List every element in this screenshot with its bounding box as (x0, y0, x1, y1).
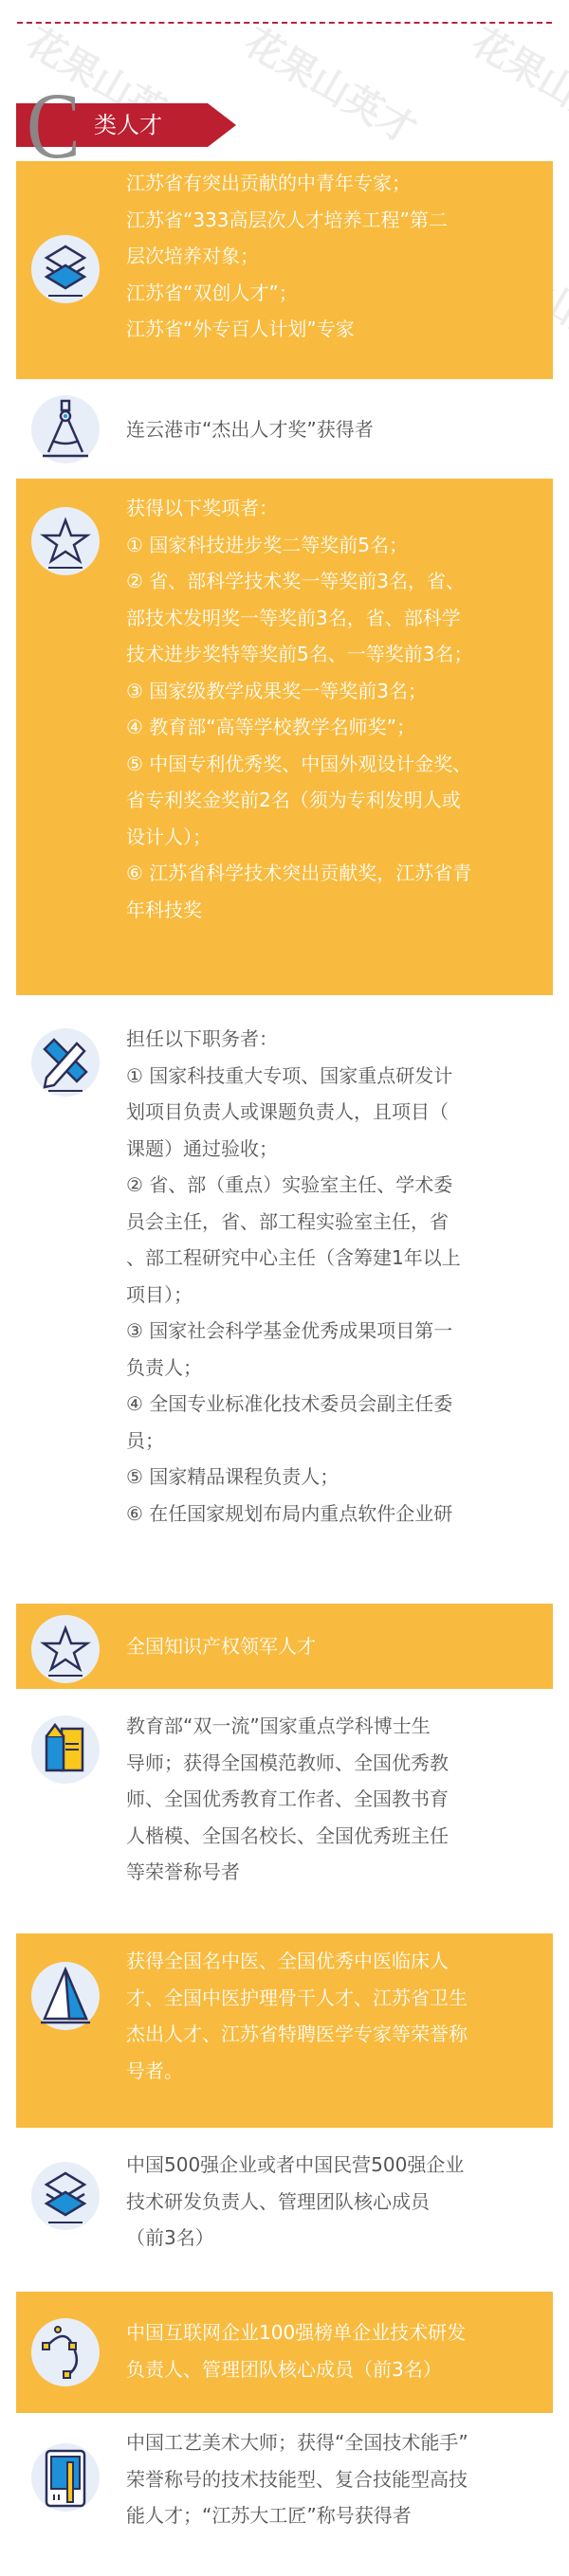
item-line: 等荣誉称号者 (126, 1854, 534, 1891)
item-line: ⑥ 江苏省科学技术突出贡献奖，江苏省青 (126, 855, 534, 892)
talent-item-3: 获得以下奖项者： ① 国家科技进步奖二等奖前5名； ② 省、部科学技术奖一等奖前… (16, 479, 553, 995)
books-icon (31, 1715, 100, 1784)
item-line: 中国互联网企业100强榜单企业技术研发 (126, 2314, 534, 2351)
item-line: 荣誉称号的技术技能型、复合技能型高技 (126, 2461, 534, 2498)
dashed-divider (17, 22, 552, 24)
item-line: 省专利奖金奖前2名（须为专利发明人或 (126, 782, 534, 819)
item-line: ⑤ 中国专利优秀奖、中国外观设计金奖、 (126, 746, 534, 783)
item-line: ④ 教育部“高等学校教学名师奖”； (126, 709, 534, 746)
item-line: 获得以下奖项者： (126, 490, 534, 527)
item-line: 江苏省“双创人才”； (126, 275, 534, 312)
item-line: 层次培养对象； (126, 238, 534, 275)
item-line: 导师；获得全国模范教师、全国优秀教 (126, 1745, 534, 1782)
tablet-pen-icon (31, 2443, 100, 2512)
item-line: ① 国家科技重大专项、国家重点研发计 (126, 1058, 534, 1095)
layers-icon (31, 235, 100, 303)
watermark: 花果山英才 (236, 13, 428, 154)
item-line: 全国知识产权领军人才 (126, 1628, 534, 1665)
item-line: 教育部“双一流”国家重点学科博士生 (126, 1708, 534, 1745)
item-line: 连云港市“杰出人才奖”获得者 (126, 411, 534, 448)
pencil-ruler-icon (31, 1028, 100, 1097)
item-line: 员会主任，省、部工程实验室主任，省 (126, 1204, 534, 1241)
item-line: 杰出人才、江苏省特聘医学专家等荣誉称 (126, 2016, 534, 2053)
pyramid-icon (31, 1962, 100, 2030)
item-line: ① 国家科技进步奖二等奖前5名； (126, 527, 534, 564)
talent-item-7: 获得全国名中医、全国优秀中医临床人 才、全国中医护理骨干人才、江苏省卫生 杰出人… (16, 1933, 553, 2128)
layers-icon (31, 2162, 100, 2230)
category-letter: C (27, 79, 81, 173)
item-line: 能人才；“江苏大工匠”称号获得者 (126, 2497, 534, 2534)
item-line: 设计人）； (126, 819, 534, 856)
item-line: ③ 国家社会科学基金优秀成果项目第一 (126, 1313, 534, 1350)
item-line: 项目）； (126, 1277, 534, 1314)
item-line: 划项目负责人或课题负责人，且项目（ (126, 1094, 534, 1131)
item-line: ③ 国家级教学成果奖一等奖前3名； (126, 673, 534, 710)
talent-item-9: 中国互联网企业100强榜单企业技术研发 负责人、管理团队核心成员（前3名） (16, 2292, 553, 2413)
item-line: 课题）通过验收； (126, 1131, 534, 1168)
talent-item-6: 教育部“双一流”国家重点学科博士生 导师；获得全国模范教师、全国优秀教 师、全国… (16, 1689, 553, 1916)
item-line: 师、全国优秀教育工作者、全国教书育 (126, 1781, 534, 1818)
item-line: 江苏省“333高层次人才培养工程”第二 (126, 202, 534, 239)
talent-item-2: 连云港市“杰出人才奖”获得者 (16, 384, 553, 474)
talent-item-8: 中国500强企业或者中国民营500强企业 技术研发负责人、管理团队核心成员 （前… (16, 2128, 553, 2294)
item-line: 技术进步奖特等奖前5名、一等奖前3名； (126, 636, 534, 673)
item-line: 江苏省有突出贡献的中青年专家； (126, 165, 534, 202)
talent-item-5: 全国知识产权领军人才 (16, 1604, 553, 1689)
star-icon (31, 1615, 100, 1683)
item-line: 部技术发明奖一等奖前3名，省、部科学 (126, 600, 534, 637)
item-line: ⑥ 在任国家规划布局内重点软件企业研 (126, 1496, 534, 1533)
category-banner: C 类人才 (16, 90, 236, 137)
talent-item-1: 江苏省有突出贡献的中青年专家； 江苏省“333高层次人才培养工程”第二 层次培养… (16, 161, 553, 379)
item-line: 中国工艺美术大师；获得“全国技术能手” (126, 2424, 534, 2461)
item-line: 才、全国中医护理骨干人才、江苏省卫生 (126, 1980, 534, 2017)
star-icon (31, 507, 100, 575)
item-line: 中国500强企业或者中国民营500强企业 (126, 2147, 534, 2184)
talent-item-4: 担任以下职务者： ① 国家科技重大专项、国家重点研发计 划项目负责人或课题负责人… (16, 1000, 553, 1583)
item-line: 员； (126, 1423, 534, 1460)
category-title: 类人才 (94, 109, 162, 141)
item-line: 、部工程研究中心主任（含筹建1年以上 (126, 1240, 534, 1277)
compass-icon (31, 395, 100, 463)
item-line: 技术研发负责人、管理团队核心成员 (126, 2184, 534, 2221)
item-line: 年科技奖 (126, 892, 534, 929)
banner-arrow (208, 103, 236, 147)
item-line: ④ 全国专业标准化技术委员会副主任委 (126, 1386, 534, 1423)
item-line: （前3名） (126, 2220, 534, 2257)
item-line: 负责人、管理团队核心成员（前3名） (126, 2351, 534, 2388)
item-line: ② 省、部科学技术奖一等奖前3名，省、 (126, 563, 534, 600)
item-line: 人楷模、全国名校长、全国优秀班主任 (126, 1818, 534, 1855)
item-line: 担任以下职务者： (126, 1021, 534, 1058)
item-line: 江苏省“外专百人计划”专家 (126, 311, 534, 348)
talent-item-10: 中国工艺美术大师；获得“全国技术能手” 荣誉称号的技术技能型、复合技能型高技 能… (16, 2413, 553, 2576)
item-line: ⑤ 国家精品课程负责人； (126, 1459, 534, 1496)
item-line: 获得全国名中医、全国优秀中医临床人 (126, 1943, 534, 1980)
bezier-curve-icon (31, 2318, 100, 2386)
item-line: 负责人； (126, 1350, 534, 1387)
item-line: ② 省、部（重点）实验室主任、学术委 (126, 1167, 534, 1204)
item-line: 号者。 (126, 2053, 534, 2090)
watermark: 花果山英才 (464, 13, 569, 154)
